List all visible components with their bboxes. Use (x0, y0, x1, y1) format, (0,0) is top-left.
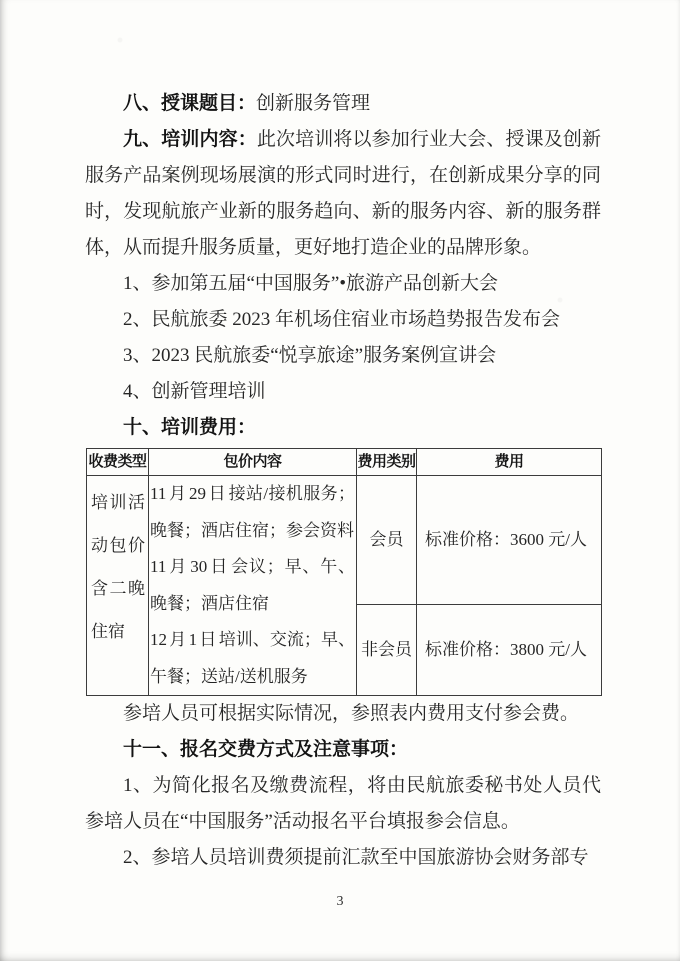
topic-heading-label: 八、授课题目： (123, 93, 256, 114)
header-fee: 费用 (417, 449, 602, 476)
fee-table-header-row: 收费类型 包价内容 费用类别 费用 (87, 449, 602, 476)
nonmember-category-cell: 非会员 (357, 604, 417, 695)
content-item-4: 4、创新管理培训 (85, 374, 601, 410)
topic-text: 创新服务管理 (256, 93, 370, 114)
package-content-cell: 11 月 29 日 接站/接机服务；晚餐；酒店住宿；参会资料 11 月 30 日… (149, 476, 357, 696)
paragraph-training-content: 九、培训内容：此次培训将以参加行业大会、授课及创新服务产品案例现场展演的形式同时… (85, 122, 601, 266)
fee-table: 收费类型 包价内容 费用类别 费用 培训活动包价含二晚住宿 11 月 29 日 … (86, 448, 602, 696)
content-item-1: 1、参加第五届“中国服务”•旅游产品创新大会 (85, 266, 601, 302)
package-item-nov29: 11 月 29 日 接站/接机服务；晚餐；酒店住宿；参会资料 (150, 476, 355, 549)
scanned-document-page: 八、授课题目：创新服务管理 九、培训内容：此次培训将以参加行业大会、授课及创新服… (0, 0, 680, 961)
page-number: 3 (0, 894, 680, 910)
paragraph-topic: 八、授课题目：创新服务管理 (85, 86, 601, 122)
training-content-label: 九、培训内容： (123, 129, 257, 150)
document-body: 八、授课题目：创新服务管理 九、培训内容：此次培训将以参加行业大会、授课及创新服… (85, 86, 601, 876)
signup-item-2: 2、参培人员培训费须提前汇款至中国旅游协会财务部专 (85, 840, 601, 876)
header-charge-type: 收费类型 (87, 449, 149, 476)
nonmember-fee-cell: 标准价格：3800 元/人 (417, 604, 602, 695)
fee-row-member: 培训活动包价含二晚住宿 11 月 29 日 接站/接机服务；晚餐；酒店住宿；参会… (87, 476, 602, 605)
signup-section-heading: 十一、报名交费方式及注意事项： (85, 732, 601, 768)
member-fee-cell: 标准价格：3600 元/人 (417, 476, 602, 605)
header-package-content: 包价内容 (149, 449, 357, 476)
signup-item-1: 1、为简化报名及缴费流程，将由民航旅委秘书处人员代参培人员在“中国服务”活动报名… (85, 768, 601, 840)
content-item-3: 3、2023 民航旅委“悦享旅途”服务案例宣讲会 (85, 338, 601, 374)
header-fee-category: 费用类别 (357, 449, 417, 476)
member-category-cell: 会员 (357, 476, 417, 605)
package-item-dec1: 12 月 1 日 培训、交流；早、午餐；送站/送机服务 (150, 622, 355, 695)
fee-note: 参培人员可根据实际情况，参照表内费用支付参会费。 (85, 696, 601, 732)
package-item-nov30: 11 月 30 日 会议；早、午、晚餐；酒店住宿 (150, 549, 355, 622)
content-item-2: 2、民航旅委 2023 年机场住宿业市场趋势报告发布会 (85, 302, 601, 338)
charge-type-cell: 培训活动包价含二晚住宿 (87, 476, 149, 696)
fee-section-heading: 十、培训费用： (85, 410, 601, 446)
